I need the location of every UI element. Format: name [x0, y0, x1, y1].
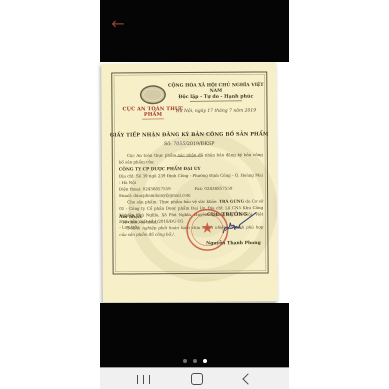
phone-screenshot: ← CỤC AN TOÀN THỰC PHẨM CỘNG HÒA XÃ HỘI … [100, 0, 289, 389]
nation-line: CỘNG HÒA XÃ HỘI CHỦ NGHĨA VIỆT NAM [164, 82, 267, 94]
android-nav-bar [100, 367, 289, 389]
motto-line: Độc lập - Tự do - Hạnh phúc [164, 93, 267, 100]
company-fax: Fax: 02436857559 [195, 185, 233, 192]
recipient-item: - Lưu trữ. [119, 225, 158, 231]
page-dot-active [203, 359, 207, 363]
date-line: Hà Nội, ngày 17 tháng 7 năm 2019 [164, 108, 267, 114]
national-header-block: CỘNG HÒA XÃ HỘI CHỦ NGHĨA VIỆT NAM Độc l… [164, 82, 267, 113]
recipients-block: Nơi nhận: - Tổ chức, cá nhân; - Lưu trữ. [119, 214, 158, 230]
intro-line: Cục An toàn thực phẩm xác nhận đã nhận b… [119, 151, 263, 165]
number-label: Số: [164, 141, 172, 147]
certificate-document: CỤC AN TOÀN THỰC PHẨM CỘNG HÒA XÃ HỘI CH… [101, 62, 278, 302]
letterbox-bottom [100, 303, 289, 367]
signer-name: Nguyễn Thanh Phong [201, 240, 266, 245]
page-indicator [100, 359, 289, 363]
page-dot [183, 359, 187, 363]
signature-icon [221, 211, 259, 240]
motto-underline [190, 101, 242, 102]
recents-icon[interactable] [137, 375, 150, 384]
back-chevron-icon[interactable] [242, 373, 253, 384]
company-address: Địa chỉ: Số 39 ngõ 239 Định Công - Phườn… [119, 172, 263, 186]
page-dot [193, 359, 197, 363]
product-name: TRÀ GỪNG [219, 199, 244, 204]
top-bar: ← [100, 0, 289, 62]
home-icon[interactable] [191, 373, 203, 385]
number-value: 7055 [173, 141, 185, 147]
photo-viewer[interactable]: CỤC AN TOÀN THỰC PHẨM CỘNG HÒA XÃ HỘI CH… [100, 62, 289, 303]
agency-seal-icon [140, 85, 166, 104]
back-arrow-icon[interactable]: ← [107, 13, 129, 35]
number-suffix: /2019/ĐKSP [185, 141, 214, 147]
